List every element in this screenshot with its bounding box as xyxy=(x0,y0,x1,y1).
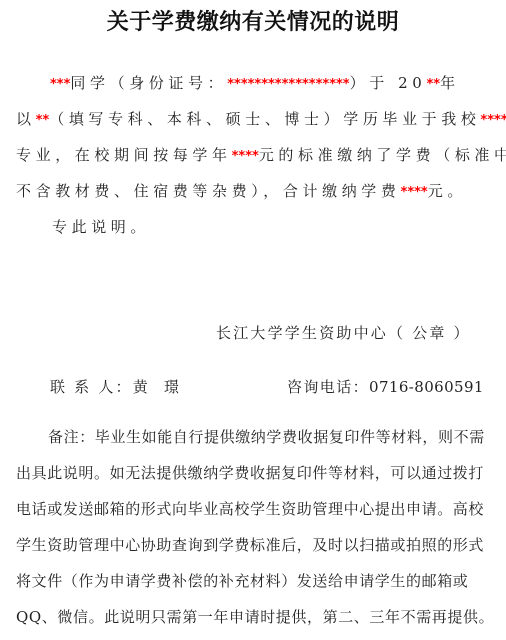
document-title: 关于学费缴纳有关情况的说明 xyxy=(0,8,506,38)
phone-number: 0716-8060591 xyxy=(369,378,484,396)
issuer-seal: 长江大学学生资助中心（ 公章 ） xyxy=(216,322,471,344)
body-text: 专业，在校期间按每学年 xyxy=(16,146,232,164)
annual-fee-mask: **** xyxy=(232,149,259,164)
body-text: 以 xyxy=(16,110,36,128)
body-text: 不含教材费、住宿费等杂费），合计缴纳学费 xyxy=(16,182,401,200)
note-line: 电话或发送邮箱的形式向毕业高校学生资助管理中心提出申请。高校 xyxy=(16,498,484,520)
note-line: 出具此说明。如无法提供缴纳学费收据复印件等材料，可以通过拨打 xyxy=(16,462,484,484)
major-mask: **** xyxy=(480,113,506,128)
document-page: 关于学费缴纳有关情况的说明 ***同学（身份证号：***************… xyxy=(0,0,506,640)
year-mask: ** xyxy=(426,77,440,92)
body-line-1: ***同学（身份证号：******************）于 20**年 xyxy=(50,72,460,96)
phone-line: 咨询电话：0716-8060591 xyxy=(287,376,484,398)
total-fee-mask: **** xyxy=(401,185,428,200)
body-text: 元的标准缴纳了学费（标准中 xyxy=(259,146,506,164)
note-line: 将文件（作为申请学费补偿的补充材料）发送给申请学生的邮箱或 xyxy=(16,570,468,592)
body-text: ）于 20 xyxy=(350,74,427,92)
body-text: 同学（身份证号： xyxy=(70,74,227,92)
degree-mask: ** xyxy=(36,113,50,128)
id-number-mask: ****************** xyxy=(227,77,349,92)
body-line-3: 专业，在校期间按每学年****元的标准缴纳了学费（标准中 xyxy=(16,144,506,168)
note-line: 学生资助管理中心协助查询到学费标准后，及时以扫描或拍照的形式 xyxy=(16,534,484,556)
body-line-4: 不含教材费、住宿费等杂费），合计缴纳学费****元。 xyxy=(16,180,467,204)
body-line-2: 以**（填写专科、本科、硕士、博士）学历毕业于我校**** xyxy=(16,108,506,132)
note-line: QQ、微信。此说明只需第一年申请时提供，第二、三年不需再提供。 xyxy=(16,606,494,628)
body-text: （填写专科、本科、硕士、博士）学历毕业于我校 xyxy=(49,110,480,128)
body-text: 元。 xyxy=(428,182,467,200)
note-line: 备注：毕业生如能自行提供缴纳学费收据复印件等材料，则不需 xyxy=(48,426,485,448)
contact-person: 联 系 人：黄 璟 xyxy=(50,376,181,398)
phone-label: 咨询电话： xyxy=(287,378,369,396)
student-name-mask: *** xyxy=(50,77,70,92)
body-text: 年 xyxy=(440,74,460,92)
closing-text: 专此说明。 xyxy=(52,216,150,238)
